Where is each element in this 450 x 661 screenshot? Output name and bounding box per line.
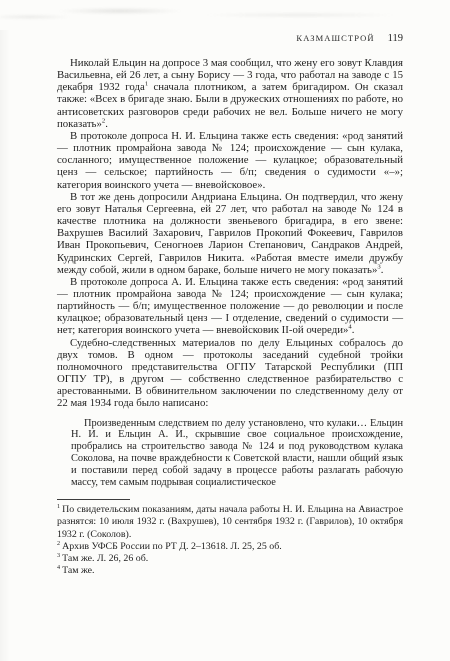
footnote-3: 3Там же. Л. 26, 26 об. <box>57 553 403 565</box>
book-page: КАЗМАШСТРОЙ 119 Николай Ельцин на допрос… <box>0 0 450 661</box>
paragraph-1: Николай Ельцин на допросе 3 мая сообщил,… <box>57 57 403 130</box>
block-quote: Произведенным следствием по делу установ… <box>71 418 403 489</box>
footnote-rule <box>57 499 130 500</box>
footnote-1-text: По свидетельским показаниям, даты начала… <box>57 504 403 540</box>
footnote-4-text: Там же. <box>62 565 94 576</box>
footnote-4: 4Там же. <box>57 565 403 577</box>
footnote-2-marker: 2 <box>57 541 60 547</box>
scan-artifact-left <box>0 30 10 661</box>
footnotes-section: 1По свидетельским показаниям, даты начал… <box>57 499 403 578</box>
block-quote-text: Произведенным следствием по делу установ… <box>71 418 403 489</box>
paragraph-3-text: В тот же день допросили Андриана Ельцина… <box>57 191 403 276</box>
paragraph-3: В тот же день допросили Андриана Ельцина… <box>57 191 403 276</box>
footnote-2: 2Архив УФСБ России по РТ Д. 2–13618. Л. … <box>57 541 403 553</box>
footnote-1-marker: 1 <box>57 504 60 510</box>
scan-artifact-top <box>0 3 450 19</box>
running-title: КАЗМАШСТРОЙ <box>296 33 374 43</box>
footnote-2-text: Архив УФСБ России по РТ Д. 2–13618. Л. 2… <box>62 541 282 552</box>
paragraph-4: В протоколе допроса А. И. Ельцина также … <box>57 276 403 337</box>
footnote-1: 1По свидетельским показаниям, даты начал… <box>57 504 403 541</box>
footnote-3-marker: 3 <box>57 553 60 559</box>
paragraph-1-text: . <box>105 118 108 130</box>
page-number: 119 <box>388 34 403 44</box>
page-header: КАЗМАШСТРОЙ 119 <box>57 33 403 44</box>
footnote-4-marker: 4 <box>57 565 60 571</box>
footnote-3-text: Там же. Л. 26, 26 об. <box>62 553 148 564</box>
page-body: Николай Ельцин на допросе 3 мая сообщил,… <box>57 57 403 489</box>
paragraph-4-text: . <box>352 324 355 336</box>
paragraph-3-text: . <box>381 264 384 276</box>
paragraph-2: В протоколе допроса Н. И. Ельцина также … <box>57 130 403 191</box>
paragraph-5: Судебно-следственных материалов по делу … <box>57 337 403 410</box>
